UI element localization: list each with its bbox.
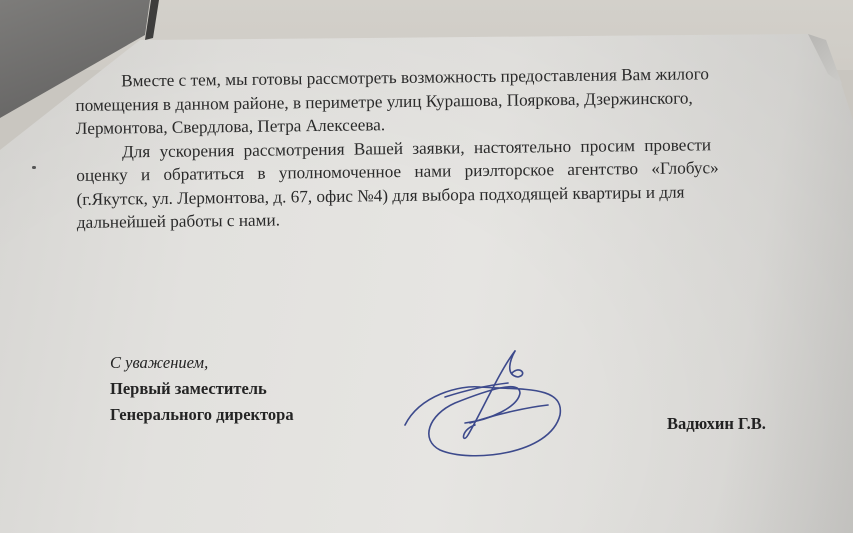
letter-body: Вместе с тем, мы готовы рассмотреть возм… (75, 61, 782, 234)
paragraph-2: Для ускорения рассмотрения Вашей заявки,… (76, 132, 782, 235)
handwritten-signature (400, 345, 570, 465)
paragraph-1: Вместе с тем, мы готовы рассмотреть возм… (75, 61, 781, 140)
paper-speck (32, 166, 36, 169)
signer-title-line-2: Генерального директора (110, 402, 294, 428)
signer-title-line-1: Первый заместитель (110, 376, 294, 402)
salutation: С уважением, (110, 350, 294, 376)
signer-name: Вадюхин Г.В. (667, 414, 766, 434)
closing-block: С уважением, Первый заместитель Генераль… (110, 350, 294, 428)
